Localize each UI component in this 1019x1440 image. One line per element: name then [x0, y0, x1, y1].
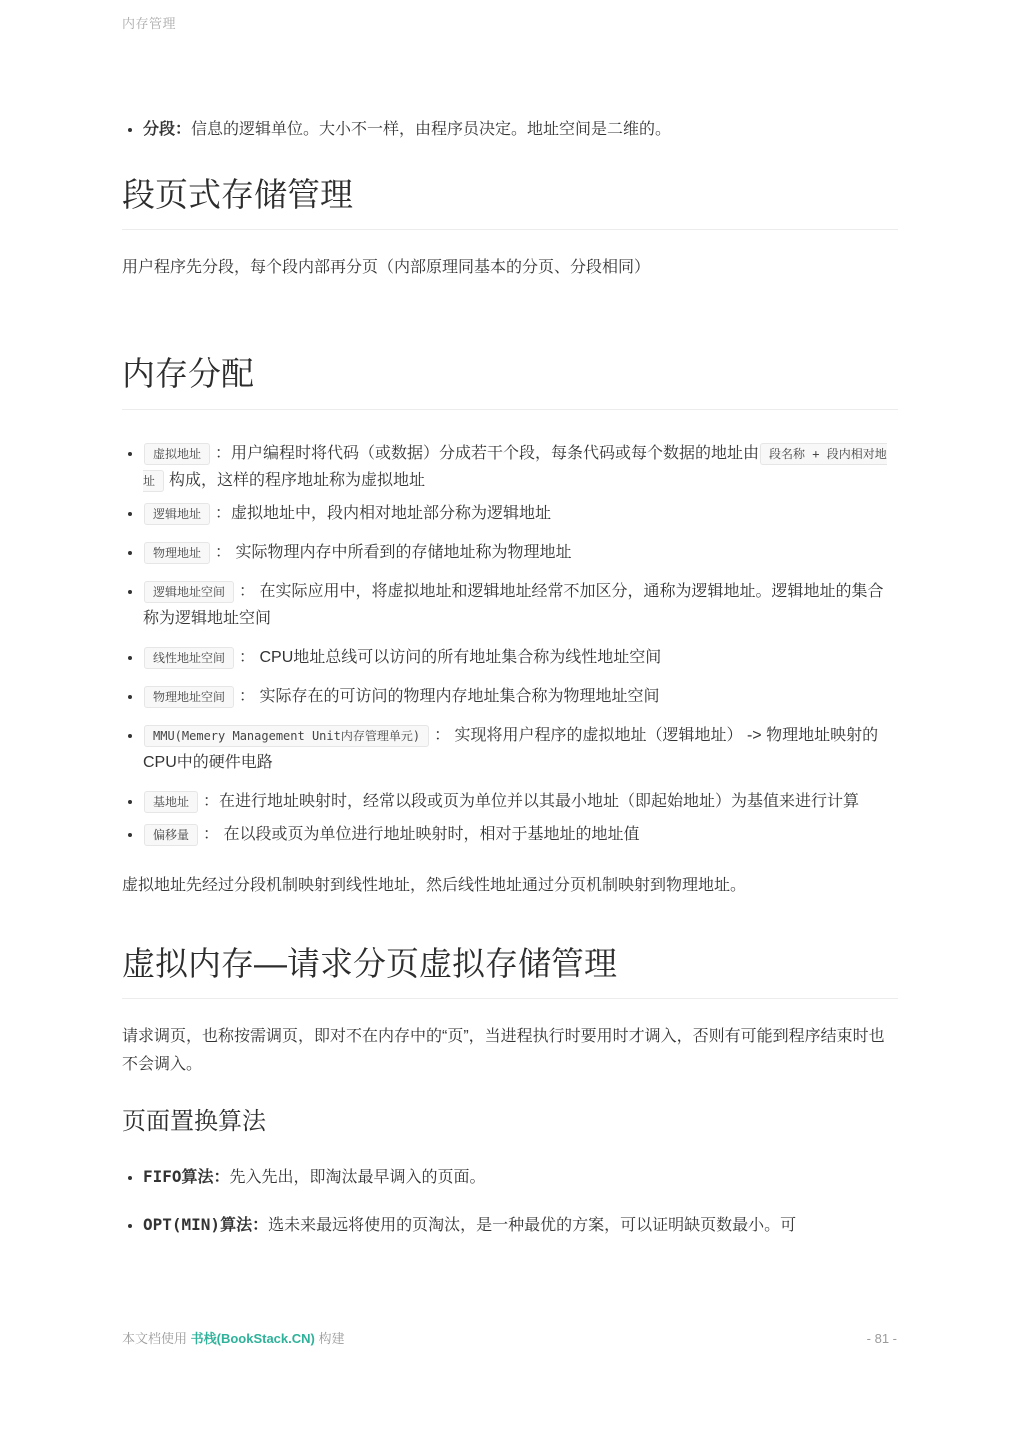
list-item: 虚拟地址：用户编程时将代码（或数据）分成若干个段，每条代码或每个数据的地址由段名… [143, 440, 898, 494]
memory-allocation-list: 虚拟地址：用户编程时将代码（或数据）分成若干个段，每条代码或每个数据的地址由段名… [122, 440, 898, 848]
footer-prefix: 本文档使用 [122, 1331, 191, 1346]
inline-code: MMU(Memery Management Unit内存管理单元) [144, 725, 429, 747]
list-item-text: ：虚拟地址中，段内相对地址部分称为逻辑地址 [215, 505, 551, 522]
intro-list: 分段：信息的逻辑单位。大小不一样，由程序员决定。地址空间是二维的。 [122, 116, 898, 143]
list-item: MMU(Memery Management Unit内存管理单元)： 实现将用户… [143, 722, 898, 776]
list-item-text: ： 在以段或页为单位进行地址映射时，相对于基地址的地址值 [203, 826, 639, 843]
list-item-text: ：在进行地址映射时，经常以段或页为单位并以其最小地址（即起始地址）为基值来进行计… [203, 793, 859, 810]
list-item: FIFO算法：先入先出，即淘汰最早调入的页面。 [143, 1163, 898, 1191]
list-item: 物理地址空间： 实际存在的可访问的物理内存地址集合称为物理地址空间 [143, 683, 898, 710]
algorithm-list: FIFO算法：先入先出，即淘汰最早调入的页面。 OPT(MIN)算法：选未来最远… [122, 1163, 898, 1239]
inline-code: 偏移量 [144, 824, 198, 846]
inline-code: 虚拟地址 [144, 443, 210, 465]
inline-code: 逻辑地址 [144, 503, 210, 525]
footer-suffix: 构建 [315, 1331, 345, 1346]
inline-code: 物理地址 [144, 542, 210, 564]
inline-code: 逻辑地址空间 [144, 581, 234, 603]
list-item-text: ： CPU地址总线可以访问的所有地址集合称为线性地址空间 [239, 649, 661, 666]
list-item: OPT(MIN)算法：选未来最远将使用的页淘汰，是一种最优的方案，可以证明缺页数… [143, 1211, 898, 1239]
list-item: 逻辑地址：虚拟地址中，段内相对地址部分称为逻辑地址 [143, 500, 898, 527]
list-item-text: ： 实际物理内存中所看到的存储地址称为物理地址 [215, 544, 571, 561]
list-item-text: 先入先出，即淘汰最早调入的页面。 [230, 1169, 486, 1186]
list-item: 分段：信息的逻辑单位。大小不一样，由程序员决定。地址空间是二维的。 [143, 116, 898, 143]
heading-virtual-memory: 虚拟内存—请求分页虚拟存储管理 [122, 944, 898, 999]
paragraph-address-mapping: 虚拟地址先经过分段机制映射到线性地址，然后线性地址通过分页机制映射到物理地址。 [122, 872, 898, 900]
document-body: 分段：信息的逻辑单位。大小不一样，由程序员决定。地址空间是二维的。 段页式存储管… [122, 0, 898, 1259]
list-item-text: 构成，这样的程序地址称为虚拟地址 [169, 472, 425, 489]
list-item: 偏移量： 在以段或页为单位进行地址映射时，相对于基地址的地址值 [143, 821, 898, 848]
bookstack-link[interactable]: 书栈(BookStack.CN) [191, 1331, 315, 1346]
inline-code: 物理地址空间 [144, 686, 234, 708]
list-item-text: 信息的逻辑单位。大小不一样，由程序员决定。地址空间是二维的。 [191, 121, 671, 138]
heading-segment-page-storage: 段页式存储管理 [122, 175, 898, 230]
page-number: - 81 - [867, 1331, 897, 1346]
list-item-text: ：用户编程时将代码（或数据）分成若干个段，每条代码或每个数据的地址由 [215, 445, 759, 462]
list-item-text: ： 实际存在的可访问的物理内存地址集合称为物理地址空间 [239, 688, 659, 705]
inline-code: 基地址 [144, 791, 198, 813]
list-item: 物理地址： 实际物理内存中所看到的存储地址称为物理地址 [143, 539, 898, 566]
paragraph-demand-paging: 请求调页，也称按需调页，即对不在内存中的“页”，当进程执行时要用时才调入，否则有… [122, 1023, 898, 1079]
list-item: 逻辑地址空间： 在实际应用中，将虚拟地址和逻辑地址经常不加区分，通称为逻辑地址。… [143, 578, 898, 632]
list-item-text: ： 在实际应用中，将虚拟地址和逻辑地址经常不加区分，通称为逻辑地址。逻辑地址的集… [143, 583, 883, 627]
page-footer: 本文档使用 书栈(BookStack.CN) 构建 - 81 - [122, 1328, 897, 1347]
footer-build-note: 本文档使用 书栈(BookStack.CN) 构建 [122, 1328, 345, 1347]
heading-memory-allocation: 内存分配 [122, 354, 898, 409]
list-item-text: 选未来最远将使用的页淘汰，是一种最优的方案，可以证明缺页数最小。可 [268, 1217, 796, 1234]
term-label: FIFO算法： [143, 1167, 230, 1186]
list-item: 线性地址空间： CPU地址总线可以访问的所有地址集合称为线性地址空间 [143, 644, 898, 671]
inline-code: 线性地址空间 [144, 647, 234, 669]
term-label: OPT(MIN)算法： [143, 1215, 268, 1234]
term-label: 分段： [143, 121, 191, 138]
heading-page-replacement: 页面置换算法 [122, 1107, 898, 1137]
paragraph-segment-page: 用户程序先分段，每个段内部再分页（内部原理同基本的分页、分段相同） [122, 254, 898, 282]
list-item: 基地址：在进行地址映射时，经常以段或页为单位并以其最小地址（即起始地址）为基值来… [143, 788, 898, 815]
